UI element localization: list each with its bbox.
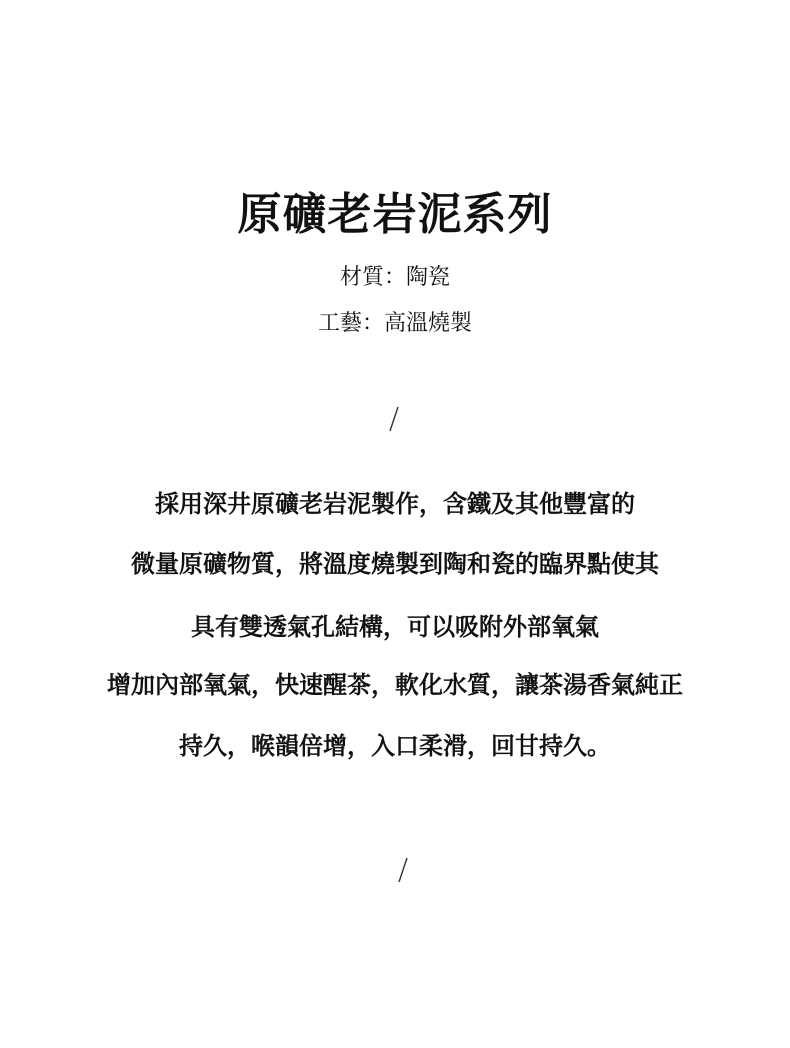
description-line: 具有雙透氣孔結構，可以吸附外部氧氣 [0, 611, 790, 643]
spec-craft: 工藝：高溫燒製 [0, 309, 790, 339]
page-title: 原礦老岩泥系列 [0, 187, 790, 243]
spec-material: 材質：陶瓷 [0, 263, 790, 293]
description-line: 增加內部氧氣，快速醒茶，軟化水質，讓茶湯香氣純正 [0, 669, 790, 701]
description-line: 採用深井原礦老岩泥製作，含鐵及其他豐富的 [0, 488, 790, 520]
description-line: 持久，喉韻倍增，入口柔滑，回甘持久。 [0, 730, 790, 762]
slash-divider-icon [396, 857, 410, 883]
description-line: 微量原礦物質，將溫度燒製到陶和瓷的臨界點使其 [0, 548, 790, 580]
slash-divider-icon [387, 406, 401, 432]
